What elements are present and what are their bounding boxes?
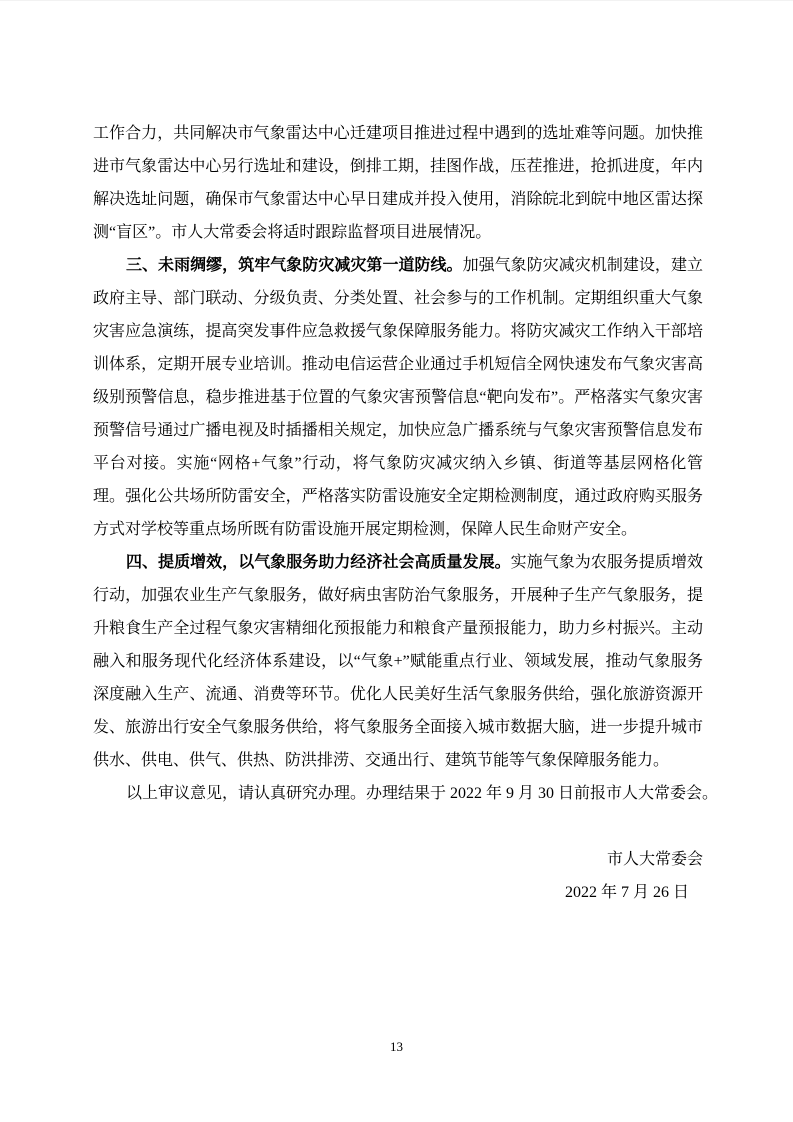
document-body: 工作合力，共同解决市气象雷达中心迁建项目推进过程中遇到的选址难等问题。加快推进市…: [93, 117, 703, 909]
signature-block: 市人大常委会 2022 年 7 月 26 日: [93, 843, 703, 909]
paragraph-section-three: 三、未雨绸缪，筑牢气象防灾减灾第一道防线。加强气象防灾减灾机制建设，建立政府主导…: [93, 249, 703, 546]
paragraph-closing: 以上审议意见，请认真研究办理。办理结果于 2022 年 9 月 30 日前报市人…: [93, 777, 703, 810]
text-run: 加强气象防灾减灾机制建设，建立政府主导、部门联动、分级负责、分类处置、社会参与的…: [93, 257, 703, 538]
document-page: 工作合力，共同解决市气象雷达中心迁建项目推进过程中遇到的选址难等问题。加快推进市…: [0, 0, 793, 1122]
section-three-heading: 三、未雨绸缪，筑牢气象防灾减灾第一道防线。: [126, 257, 463, 274]
signature-name: 市人大常委会: [93, 843, 703, 876]
text-run: 工作合力，共同解决市气象雷达中心迁建项目推进过程中遇到的选址难等问题。加快推进市…: [93, 125, 703, 241]
text-run: 以上审议意见，请认真研究办理。办理结果于 2022 年 9 月 30 日前报市人…: [126, 785, 718, 802]
signature-date: 2022 年 7 月 26 日: [93, 876, 703, 909]
text-run: 实施气象为农服务提质增效行动，加强农业生产气象服务，做好病虫害防治气象服务，开展…: [93, 554, 703, 769]
paragraph-continuation: 工作合力，共同解决市气象雷达中心迁建项目推进过程中遇到的选址难等问题。加快推进市…: [93, 117, 703, 249]
section-four-heading: 四、提质增效，以气象服务助力经济社会高质量发展。: [126, 554, 511, 571]
page-number: 13: [0, 1039, 793, 1054]
paragraph-section-four: 四、提质增效，以气象服务助力经济社会高质量发展。实施气象为农服务提质增效行动，加…: [93, 546, 703, 777]
